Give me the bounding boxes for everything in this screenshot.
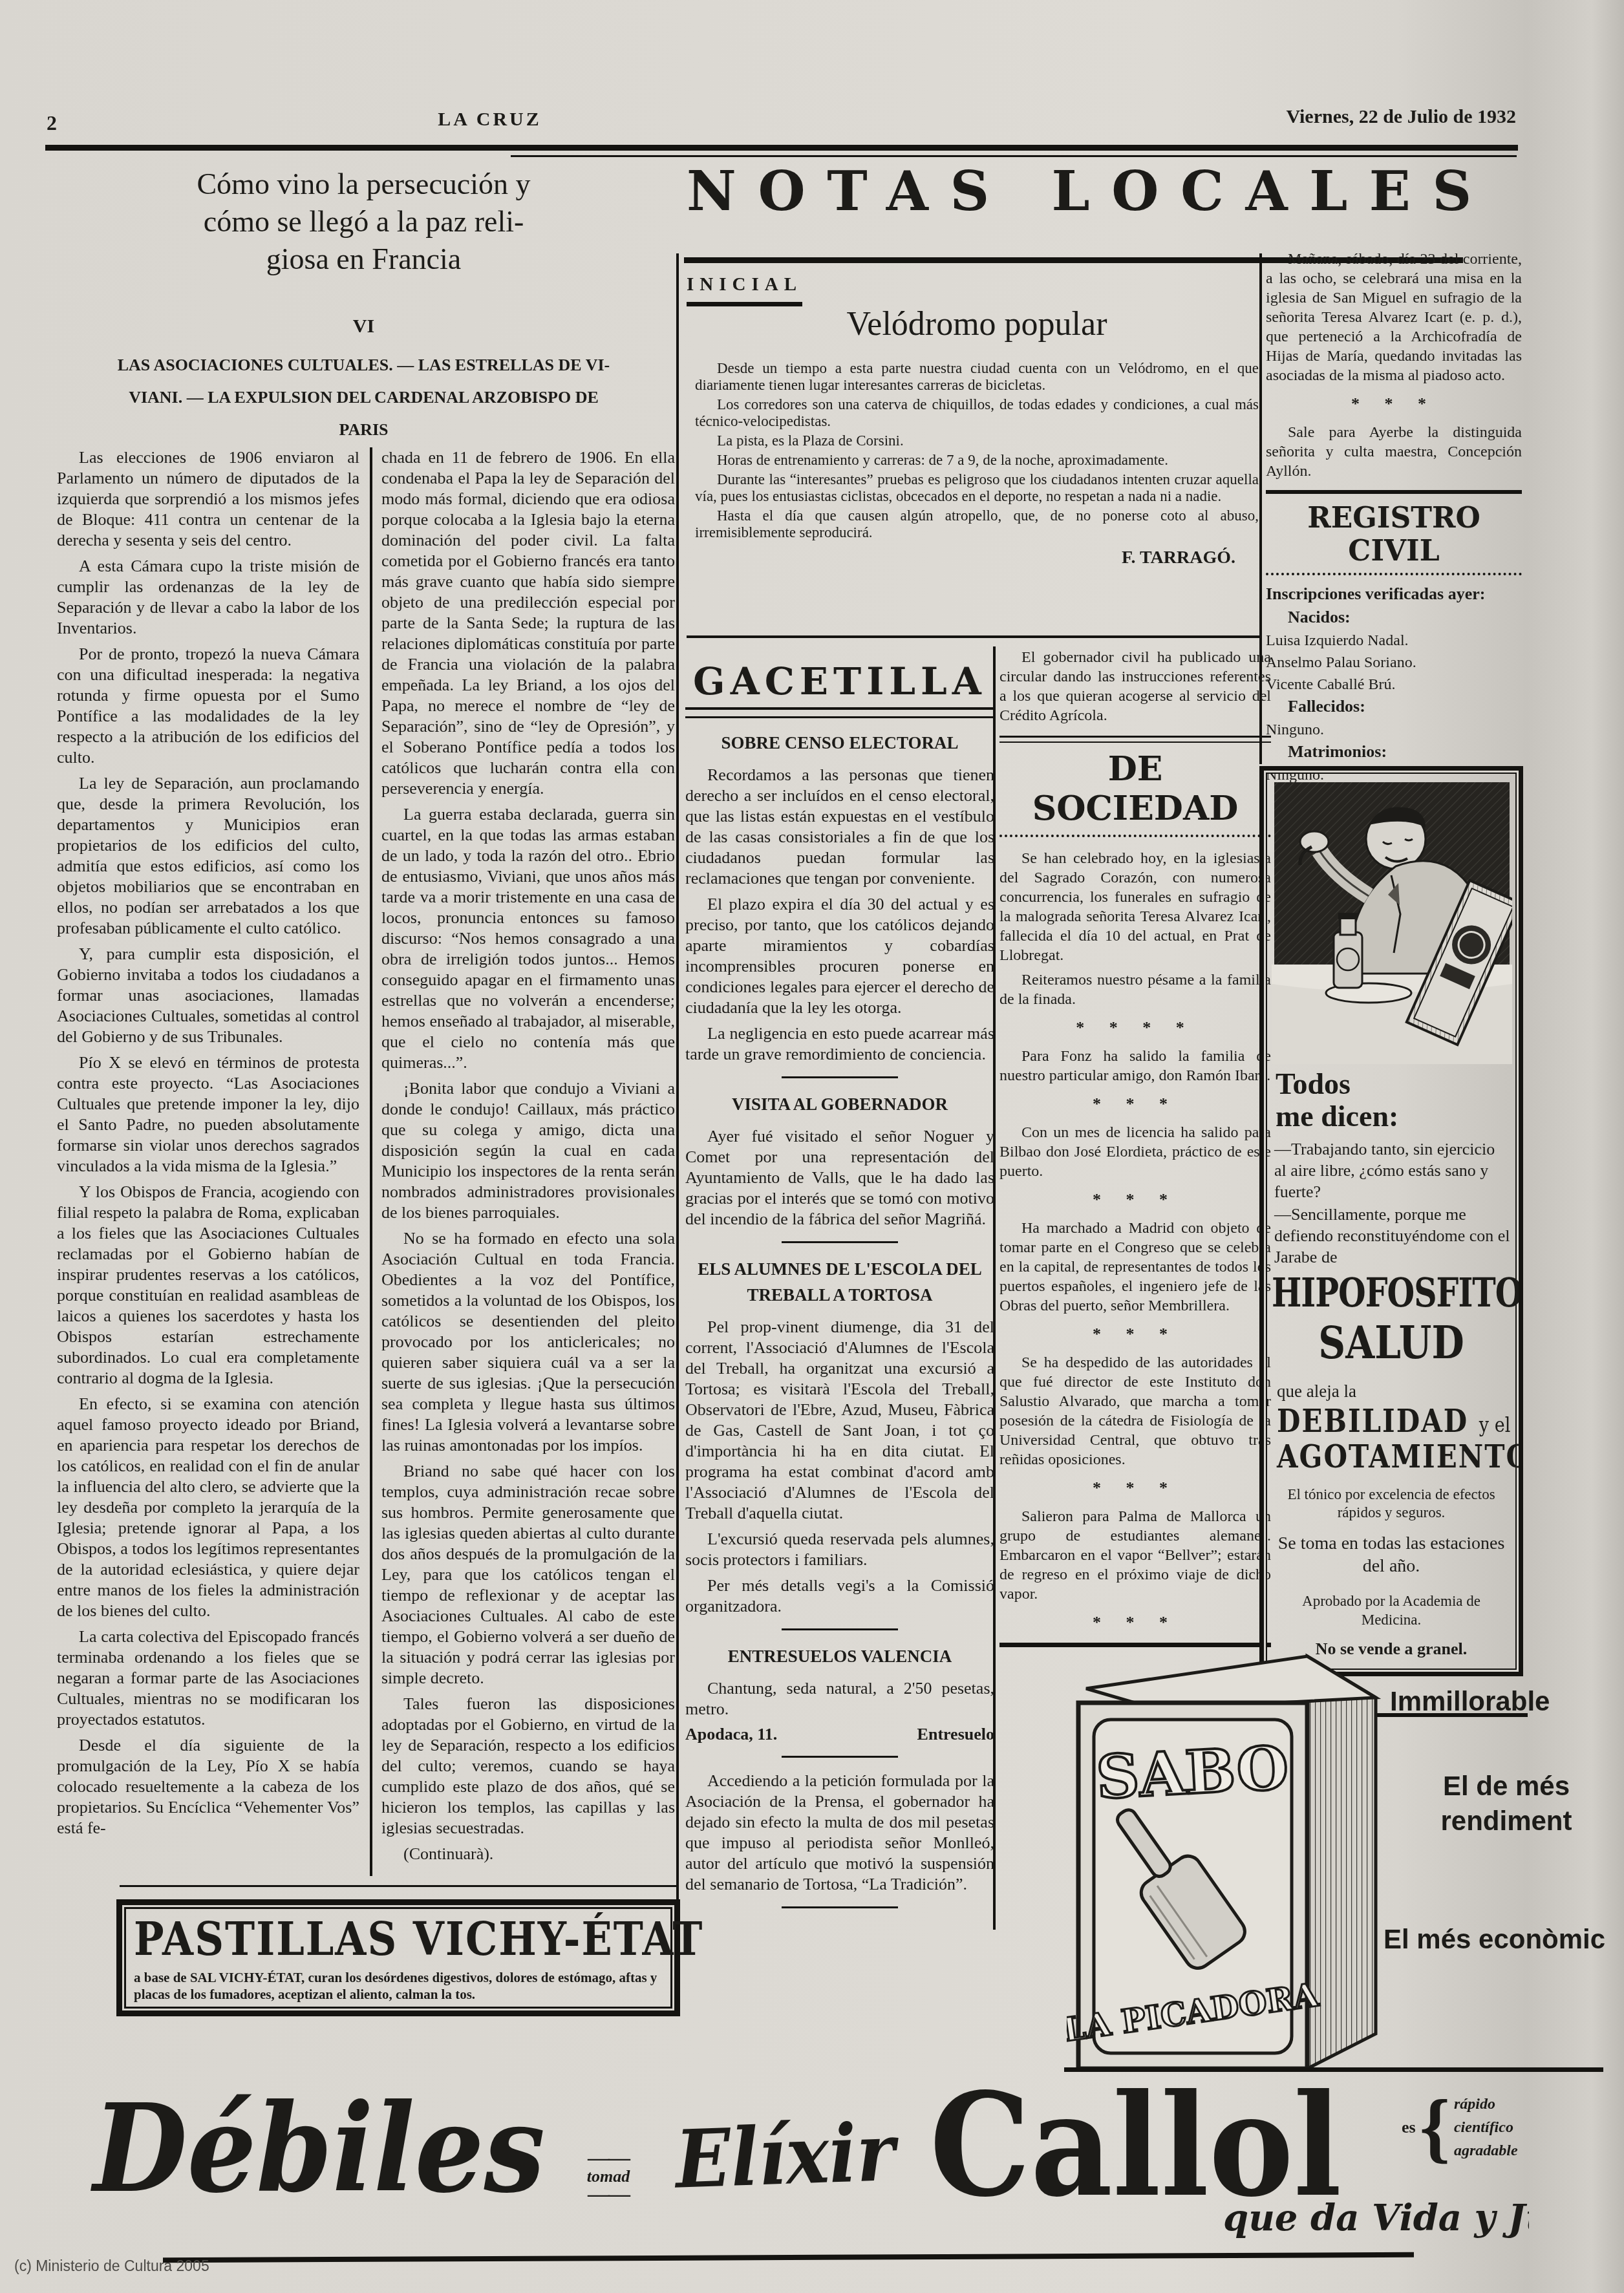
- velodromo-body: Desde un tiempo a esta parte nuestra ciu…: [695, 360, 1259, 541]
- newspaper-page: 2 LA CRUZ Viernes, 22 de Julio de 1932 C…: [0, 0, 1624, 2293]
- ad-keyword-debilidad: DEBILIDAD y el: [1277, 1403, 1511, 1440]
- stars-divider: * * * *: [999, 1018, 1271, 1038]
- velodromo-article: Velódromo popular Desde un tiempo a esta…: [695, 305, 1259, 568]
- paragraph: Y los Obispos de Francia, acogiendo con …: [57, 1182, 359, 1389]
- article-title-line: giosa en Francia: [48, 240, 679, 278]
- sub-heading: VISITA AL GOBERNADOR: [685, 1091, 994, 1117]
- article-body: Las elecciones de 1906 enviaron al Parla…: [57, 447, 675, 1876]
- paragraph: Desde el día siguiente de la promulgació…: [57, 1735, 359, 1839]
- ad-keyword-agotamiento: AGOTAMIENTO: [1277, 1439, 1511, 1475]
- paragraph: Luisa Izquierdo Nadal.: [1266, 631, 1522, 650]
- list-label: Fallecidos:: [1266, 697, 1522, 716]
- vichy-top-rule: [120, 1885, 679, 1887]
- sub-heading: ELS ALUMNES DE L'ESCOLA DEL TREBALL A TO…: [685, 1256, 994, 1308]
- right-column-items: Mañana, sábado, día 23 del corriente, a …: [1266, 250, 1522, 481]
- archive-watermark: (c) Ministerio de Cultura 2005: [14, 2257, 209, 2275]
- kicker-inicial: INICIAL: [687, 274, 802, 306]
- address-line: Apodaca, 11.Entresuelo: [685, 1725, 994, 1744]
- article-subtitle-line: VIANI. — LA EXPULSION DEL CARDENAL ARZOB…: [61, 381, 666, 414]
- gacetilla-items: SOBRE CENSO ELECTORALRecordamos a las pe…: [685, 730, 994, 1908]
- sabo-slogan-line: rendiment: [1409, 1804, 1603, 1839]
- continuara-note: (Continuarà).: [381, 1844, 675, 1864]
- sabo-package-illustration: SABO LA PICADORA: [1067, 1647, 1403, 2074]
- stars-divider: * * *: [1266, 394, 1522, 414]
- ad-headline: Todos me dicen:: [1276, 1068, 1511, 1132]
- paragraph: Briand no sabe qué hacer con los templos…: [381, 1461, 675, 1689]
- list-label: Nacidos:: [1266, 608, 1522, 627]
- right-column: Mañana, sábado, día 23 del corriente, a …: [1266, 250, 1522, 787]
- sabo-slogan: El de més rendiment: [1409, 1769, 1603, 1839]
- paragraph: La ley de Separación, aun proclamando qu…: [57, 773, 359, 939]
- ad-keyword: DEBILIDAD: [1277, 1403, 1468, 1440]
- paragraph: La carta colectiva del Episcopado francé…: [57, 1626, 359, 1730]
- paragraph: Pel prop-vinent diumenge, dia 31 del cor…: [685, 1317, 994, 1524]
- gobernador-circular-note: El gobernador civil ha publicado una cir…: [999, 648, 1271, 725]
- dateline: Viernes, 22 de Julio de 1932: [1099, 106, 1516, 128]
- dash: ——: [553, 2186, 663, 2203]
- section-header-gacetilla: GACETILLA: [685, 659, 994, 703]
- paragraph: A esta Cámara cupo la triste misión de c…: [57, 556, 359, 639]
- ad-text: Se toma en todas las estaciones del año.: [1272, 1532, 1511, 1577]
- stars-divider: * * *: [999, 1613, 1271, 1632]
- divider-rule: [782, 1756, 898, 1758]
- address-left: Apodaca, 11.: [685, 1725, 777, 1744]
- paragraph: Para Fonz ha salido la familia de nuestr…: [999, 1047, 1271, 1085]
- ad-headline-line: me dicen:: [1276, 1100, 1511, 1133]
- paragraph: chada en 11 de febrero de 1906. En ella …: [381, 447, 675, 799]
- velodromo-bottom-rule: [687, 635, 1261, 638]
- paragraph: En efecto, si se examina con atención aq…: [57, 1394, 359, 1621]
- paragraph: Y, para cumplir esta disposición, el Gob…: [57, 944, 359, 1047]
- divider-rule: [782, 1076, 898, 1078]
- brace-lead: es: [1402, 2118, 1416, 2137]
- paragraph: Durante las “interesantes” pruebas es pe…: [695, 471, 1259, 505]
- divider-rule: [782, 1906, 898, 1908]
- sociedad-items: Se han celebrado hoy, en la iglesiasia d…: [999, 849, 1271, 1632]
- dash: ——: [553, 2150, 663, 2167]
- article-title: Cómo vino la persecución y cómo se llegó…: [48, 165, 679, 278]
- ad-text: y el: [1479, 1414, 1510, 1438]
- ad-brand-name: SALUD: [1272, 1317, 1511, 1370]
- hipofosfitos-ad: Todos me dicen: —Trabajando tanto, sin e…: [1259, 766, 1523, 1676]
- paragraph: La pista, es la Plaza de Corsini.: [695, 432, 1259, 449]
- paragraph: Ayer fué visitado el señor Noguer y Come…: [685, 1126, 994, 1230]
- paragraph: Tales fueron las disposiciones adoptadas…: [381, 1694, 675, 1839]
- vichy-ad-text: a base de SAL VICHY-ÉTAT, curan los desó…: [134, 1969, 663, 2003]
- brace-item: científico: [1454, 2116, 1518, 2139]
- sociedad-section: El gobernador civil ha publicado una cir…: [999, 648, 1271, 1647]
- paragraph: Sale para Ayerbe la distinguida señorita…: [1266, 423, 1522, 481]
- stars-divider: * * *: [999, 1190, 1271, 1210]
- brace-glyph: {: [1420, 2092, 1450, 2163]
- header-rule: [45, 145, 1518, 151]
- vichy-text-bold: SAL VICHY-ÉTAT: [190, 1970, 301, 1985]
- paragraph: Anselmo Palau Soriano.: [1266, 653, 1522, 672]
- stars-divider: * * *: [999, 1094, 1271, 1114]
- divider-rule: [782, 1628, 898, 1630]
- article-subtitle-line: PARIS: [61, 414, 666, 446]
- ad-text: Aprobado por la Academia de Medicina.: [1272, 1592, 1511, 1629]
- paragraph: La guerra estaba declarada, guerra sin c…: [381, 804, 675, 1073]
- byline-signature: F. TARRAGÓ.: [695, 548, 1259, 568]
- gacetilla-section: GACETILLA SOBRE CENSO ELECTORALRecordamo…: [685, 659, 994, 1921]
- vichy-text-lead: a base de: [134, 1970, 190, 1985]
- paragraph: Recordamos a las personas que tienen der…: [685, 765, 994, 889]
- list-label: Matrimonios:: [1266, 742, 1522, 762]
- section-header-notas-locales: NOTAS LOCALES: [687, 159, 1546, 223]
- paragraph: El plazo expira el día 30 del actual y e…: [685, 894, 994, 1018]
- sociedad-bottom-rule: [999, 1643, 1271, 1647]
- paragraph: Vicente Caballé Brú.: [1266, 675, 1522, 694]
- ad-text: que aleja la: [1277, 1381, 1511, 1402]
- ad-headline-line: Todos: [1276, 1068, 1511, 1100]
- elixir-callol-ad: Débiles —— tomad —— Elíxir Callol que da…: [91, 2088, 1529, 2272]
- paragraph: L'excursió queda reservada pels alumnes,…: [685, 1529, 994, 1570]
- registro-civil-list: Inscripciones verificadas ayer:Nacidos:L…: [1266, 584, 1522, 785]
- sabo-slogan: Immillorable: [1390, 1686, 1610, 1717]
- ad-dash-group: —— tomad ——: [553, 2150, 663, 2203]
- ad-dialogue: —Sencillamente, porque me defiendo recon…: [1274, 1204, 1511, 1268]
- sociedad-top-rule: [999, 736, 1271, 743]
- article-subtitle: LAS ASOCIACIONES CULTUALES. — LAS ESTREL…: [61, 349, 666, 446]
- paragraph: Ha marchado a Madrid con objeto de tomar…: [999, 1219, 1271, 1316]
- article-title-line: Cómo vino la persecución y: [48, 165, 679, 203]
- masthead-title: LA CRUZ: [0, 109, 979, 131]
- divider-rule: [782, 1241, 898, 1243]
- article-column-2: chada en 11 de febrero de 1906. En ella …: [381, 447, 675, 1876]
- sabo-brand-text: SABO: [1095, 1733, 1290, 1812]
- paragraph: Reiteramos nuestro pésame a la familia d…: [999, 970, 1271, 1009]
- paragraph: Accediendo a la petición formulada por l…: [685, 1771, 994, 1895]
- ad-brand-name: HIPOFOSFITOS: [1272, 1270, 1511, 1317]
- paragraph: Hasta el día que causen algún atropello,…: [695, 507, 1259, 541]
- paragraph: No se ha formado en efecto una sola Asoc…: [381, 1228, 675, 1456]
- man-eating-illustration: [1272, 780, 1512, 1064]
- address-right: Entresuelo: [917, 1725, 994, 1744]
- paragraph: Se ha despedido de las autoridades el qu…: [999, 1353, 1271, 1469]
- registro-top-rule: [1266, 490, 1522, 494]
- paragraph: Se han celebrado hoy, en la iglesiasia d…: [999, 849, 1271, 965]
- header-rule-secondary: [511, 155, 1517, 157]
- stars-divider: * * *: [999, 1478, 1271, 1498]
- ad-tagline: que da Vida y Ju: [1223, 2197, 1529, 2239]
- sub-heading: SOBRE CENSO ELECTORAL: [685, 730, 994, 756]
- paragraph: Horas de entrenamiento y carreras: de 7 …: [695, 452, 1259, 469]
- ad-word-debiles: Débiles: [93, 2088, 545, 2220]
- article-title-line: cómo se llegó a la paz reli-: [48, 203, 679, 240]
- paragraph: Per més detalls vegi's a la Comissió org…: [685, 1575, 994, 1617]
- brace-item: rápido: [1454, 2093, 1518, 2116]
- velodromo-title: Velódromo popular: [695, 305, 1259, 343]
- gacetilla-header-rule: [685, 707, 994, 718]
- section-header-registro-civil: REGISTRO CIVIL: [1266, 502, 1522, 575]
- paragraph: Mañana, sábado, día 23 del corriente, a …: [1266, 250, 1522, 385]
- list-label: Inscripciones verificadas ayer:: [1266, 584, 1522, 604]
- paragraph: Por de pronto, tropezó la nueva Cámara c…: [57, 644, 359, 768]
- article-subtitle-line: LAS ASOCIACIONES CULTUALES. — LAS ESTREL…: [61, 349, 666, 381]
- paragraph: Con un mes de licencia ha salido para Bi…: [999, 1123, 1271, 1181]
- paragraph: Los corredores son una caterva de chiqui…: [695, 396, 1259, 430]
- ad-word-elixir: Elíxir: [674, 2106, 897, 2207]
- sabo-slogan: El més econòmic: [1384, 1924, 1616, 1955]
- paragraph: Chantung, seda natural, a 2'50 pesetas, …: [685, 1678, 994, 1720]
- paragraph: La negligencia en esto puede acarrear má…: [685, 1023, 994, 1065]
- section-header-de-sociedad: DE SOCIEDAD: [999, 749, 1271, 837]
- brace-item: agradable: [1454, 2139, 1518, 2162]
- ad-dialogue: —Trabajando tanto, sin ejercicio al aire…: [1274, 1138, 1511, 1202]
- article-part-number: VI: [48, 315, 679, 337]
- ad-brace-group: es { rápido científico agradable: [1402, 2092, 1518, 2163]
- sub-heading: ENTRESUELOS VALENCIA: [685, 1643, 994, 1669]
- article-column-1: Las elecciones de 1906 enviaron al Parla…: [57, 447, 359, 1876]
- vichy-ad: PASTILLAS VICHY-ÉTAT a base de SAL VICHY…: [116, 1899, 680, 2016]
- sabo-slogan-line: El de més: [1409, 1769, 1603, 1804]
- sabo-bottom-rule: [1064, 2067, 1603, 2072]
- ad-text: El tónico por excelencia de efectos rápi…: [1272, 1486, 1511, 1522]
- paragraph: ¡Bonita labor que condujo a Viviani a do…: [381, 1078, 675, 1223]
- paragraph: Desde un tiempo a esta parte nuestra ciu…: [695, 360, 1259, 394]
- stars-divider: * * *: [999, 1325, 1271, 1344]
- column-divider-rule: [370, 447, 372, 1876]
- ad-baseline-rule: [163, 2252, 1414, 2263]
- paragraph: Ninguno.: [1266, 720, 1522, 740]
- brace-items: rápido científico agradable: [1454, 2093, 1518, 2162]
- paragraph: Salieron para Palma de Mallorca un grupo…: [999, 1507, 1271, 1604]
- paragraph: Pío X se elevó en términos de protesta c…: [57, 1052, 359, 1177]
- paragraph: Las elecciones de 1906 enviaron al Parla…: [57, 447, 359, 551]
- main-column-rule: [676, 253, 679, 1908]
- vichy-ad-title: PASTILLAS VICHY-ÉTAT: [134, 1912, 663, 1967]
